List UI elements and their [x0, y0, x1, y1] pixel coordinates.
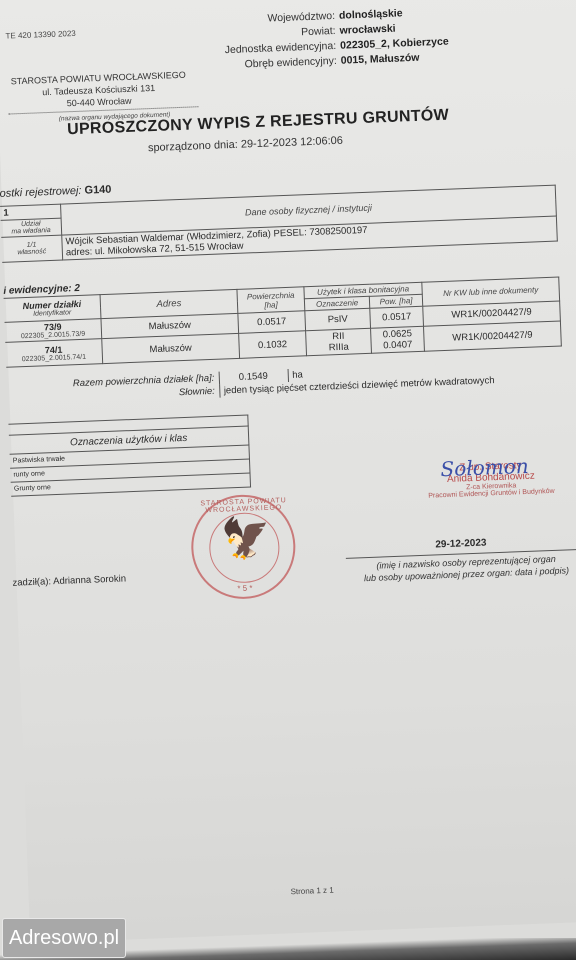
issuer-block: STAROSTA POWIATU WROCŁAWSKIEGO ul. Tadeu… [3, 68, 194, 111]
parcel-number-cell: 74/1 022305_2.0015.74/1 [5, 339, 102, 368]
page-number: Strona 1 z 1 [290, 886, 333, 897]
use-area: 0.0517 [370, 306, 424, 328]
stamp-number: * 5 * [195, 582, 295, 595]
parcel-area: 0.0517 [238, 311, 306, 334]
created-date: sporządzono dnia: 29-12-2023 12:06:06 [148, 135, 343, 154]
document-reference: TE 420 13390 2023 [5, 29, 76, 41]
parcel-address: Małuszów [102, 333, 240, 363]
use-area: 0.0625 0.0407 [371, 326, 425, 353]
legend-table: Oznaczenia użytków i klas Pastwiska trwa… [8, 415, 251, 497]
handwritten-signature: Sołomon [440, 454, 529, 481]
totals-table: Razem powierzchnia działek [ha]: 0.1549 … [69, 361, 499, 403]
form-header-text: ma władania [4, 227, 58, 236]
registry-unit-value: G140 [84, 184, 111, 197]
registry-unit: ostki rejestrowej: G140 [0, 184, 112, 200]
official-stamp: STAROSTA POWIATU WROCŁAWSKIEGO 🦅 * 5 * [189, 493, 297, 601]
prepared-by: zadził(a): Adrianna Sorokin [12, 573, 126, 588]
header-area: Powierzchnia [ha] [237, 287, 305, 314]
use-symbol: PsIV [305, 308, 371, 330]
eagle-emblem-icon: 🦅 [220, 518, 271, 560]
owner-form-value: własność [5, 248, 59, 257]
watermark-badge: Adresowo.pl [2, 918, 126, 958]
sign-date: 29-12-2023 [435, 538, 487, 551]
use-symbol: RII RIIIa [306, 328, 372, 355]
document-page: TE 420 13390 2023 STAROSTA POWIATU WROCŁ… [0, 0, 576, 943]
precinct-value: 0015, Małuszów [340, 51, 419, 69]
owner-share: 1/1 własność [1, 235, 62, 262]
registry-unit-label: ostki rejestrowej: [0, 185, 82, 200]
document-title: UPROSZCZONY WYPIS Z REJESTRU GRUNTÓW [67, 105, 497, 139]
parcel-kw: WR1K/00204427/9 [423, 321, 561, 351]
location-block: Województwo:dolnośląskie Powiat:wrocławs… [205, 4, 457, 74]
signature-block: Z up. Starosty Anida Bohdanowicz Z-ca Ki… [400, 458, 576, 501]
parcels-table: Numer działki Identyfikator Adres Powier… [4, 277, 562, 368]
parcel-area: 0.1032 [239, 331, 307, 359]
use-symbol-2: RIIIa [310, 341, 369, 354]
use-area-2: 0.0407 [375, 339, 421, 352]
